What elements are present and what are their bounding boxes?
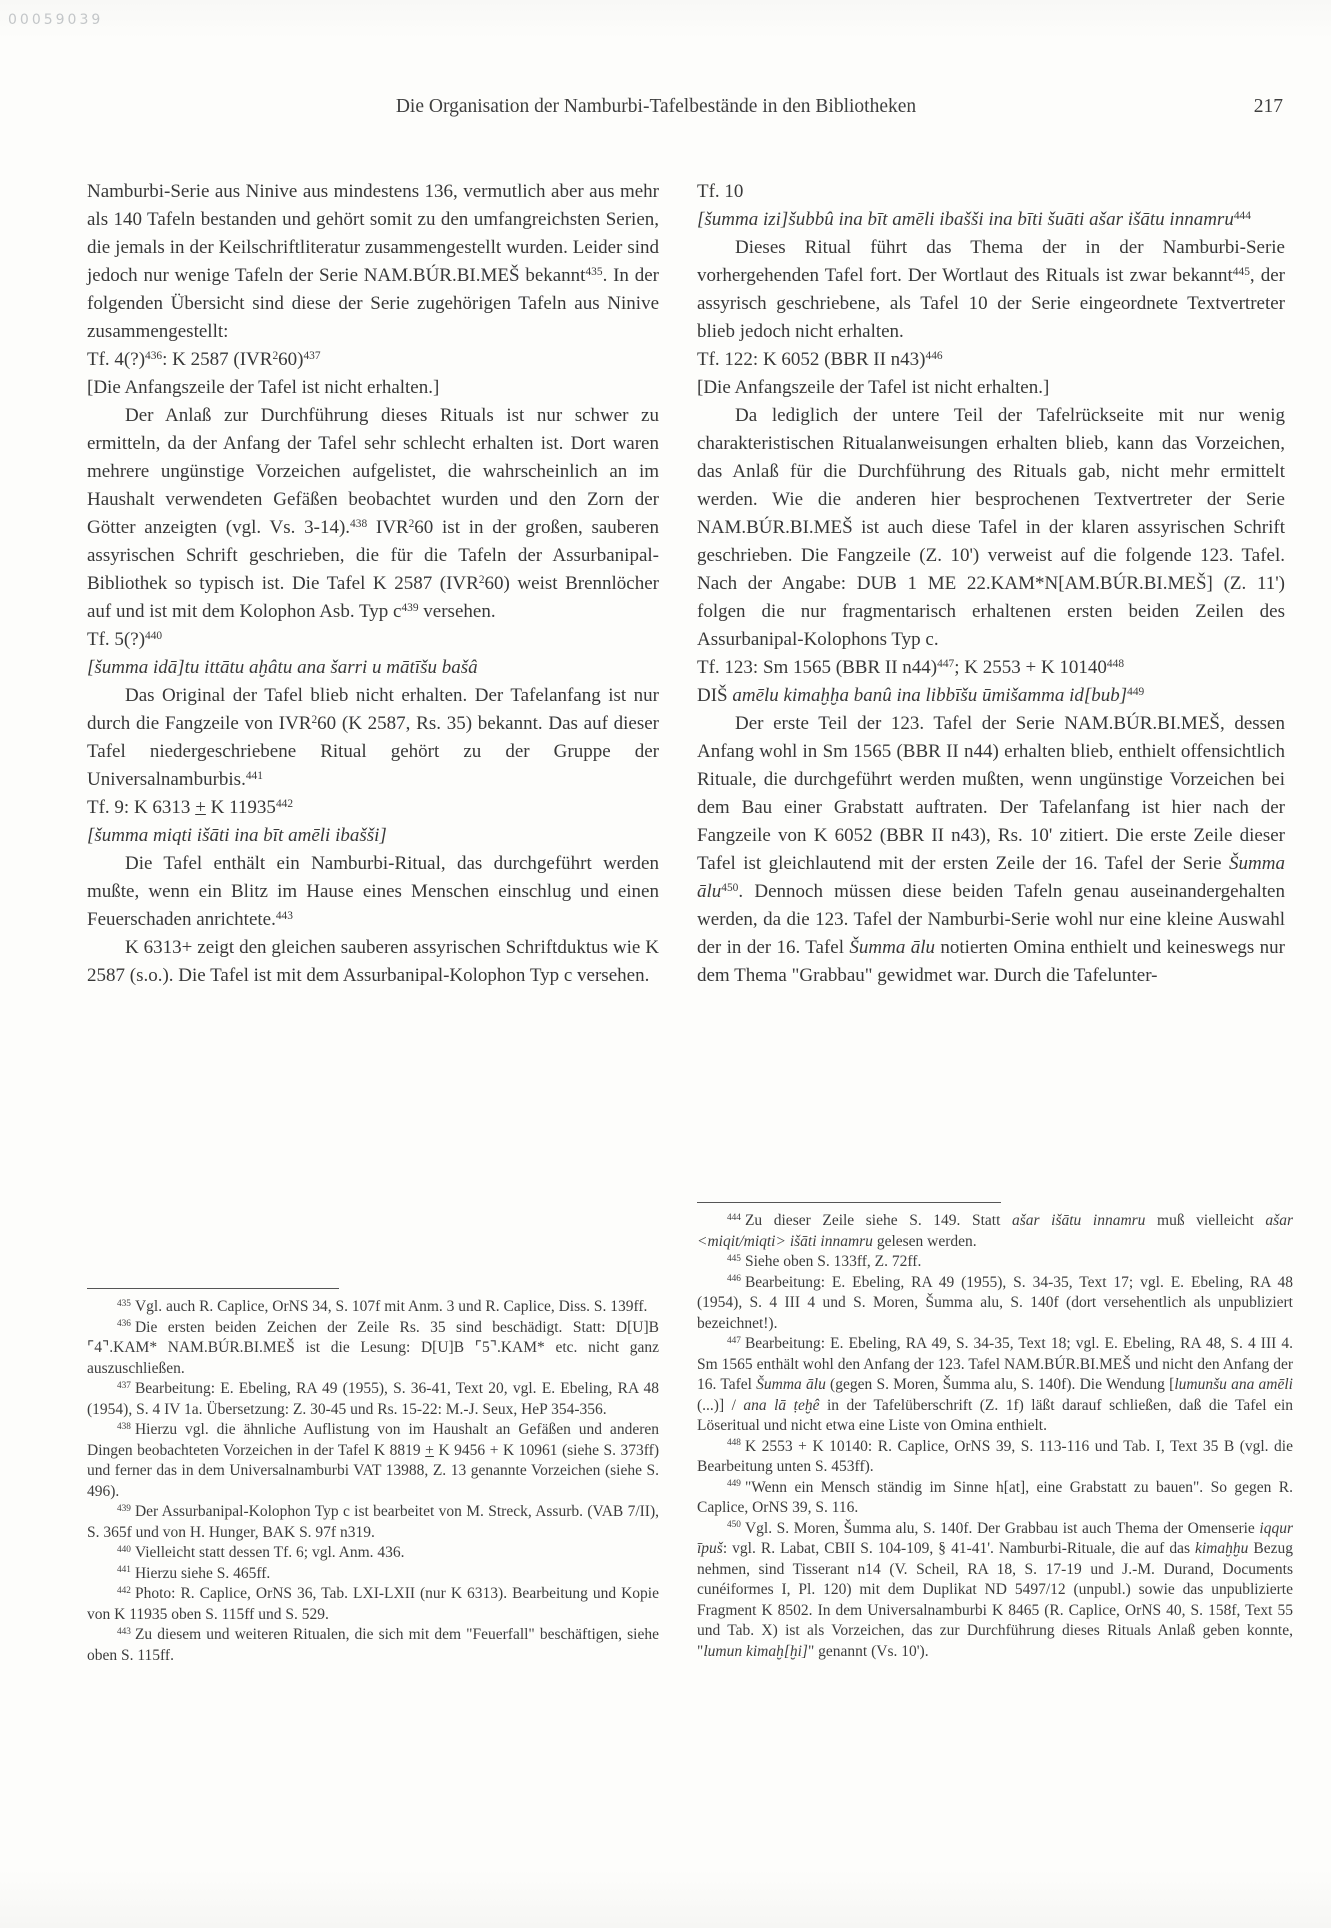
footnote-448: 448K 2553 + K 10140: R. Caplice, OrNS 39… [697,1437,1293,1478]
tablet-entry-heading: Tf. 4(?)436: K 2587 (IVR260)437 [87,346,659,374]
tablet-entry-heading: Tf. 9: K 6313 + K 11935442 [87,794,659,822]
footnote-number: 443 [117,1627,131,1637]
footnote-447: 447Bearbeitung: E. Ebeling, RA 49, S. 34… [697,1334,1293,1437]
tablet-entry-heading: Tf. 122: K 6052 (BBR II n43)446 [697,346,1285,374]
footnote-number: 447 [727,1336,741,1346]
paragraph: K 6313+ zeigt den gleichen sauberen assy… [87,934,659,990]
right-column: Tf. 10[šumma izi]šubbû ina bīt amēli iba… [697,178,1285,990]
running-title: Die Organisation der Namburbi-Tafelbestä… [87,96,1225,118]
left-footnote-block: 435Vgl. auch R. Caplice, OrNS 34, S. 107… [87,1288,659,1666]
footnote-number: 442 [117,1586,131,1596]
paragraph: Der erste Teil der 123. Tafel der Serie … [697,710,1285,990]
footnote-number: 438 [117,1422,131,1432]
right-footnote-block: 444Zu dieser Zeile siehe S. 149. Statt a… [697,1202,1293,1662]
footnote-number: 450 [727,1520,741,1530]
right-footnotes: 444Zu dieser Zeile siehe S. 149. Statt a… [697,1211,1293,1662]
footnote-449: 449"Wenn ein Mensch ständig im Sinne h[a… [697,1478,1293,1519]
footnote-443: 443Zu diesem und weiteren Ritualen, die … [87,1625,659,1666]
footnote-444: 444Zu dieser Zeile siehe S. 149. Statt a… [697,1211,1293,1252]
paragraph: Dieses Ritual führt das Thema der in der… [697,234,1285,346]
footnote-number: 437 [117,1381,131,1391]
tablet-entry-heading: Tf. 10 [697,178,1285,206]
note-line: [Die Anfangszeile der Tafel ist nicht er… [87,374,659,402]
incipit-line: [šumma izi]šubbû ina bīt amēli ibašši in… [697,206,1285,234]
footnote-number: 444 [727,1213,741,1223]
footnote-number: 439 [117,1504,131,1514]
footnote-number: 449 [727,1479,741,1489]
footnote-450: 450Vgl. S. Moren, Šumma alu, S. 140f. De… [697,1519,1293,1663]
footnote-number: 436 [117,1319,131,1329]
incipit-line: [šumma miqti išāti ina bīt amēli ibašši] [87,822,659,850]
tablet-entry-heading: Tf. 123: Sm 1565 (BBR II n44)447; K 2553… [697,654,1285,682]
footnote-number: 445 [727,1254,741,1264]
footnote-435: 435Vgl. auch R. Caplice, OrNS 34, S. 107… [87,1297,659,1318]
left-column: Namburbi-Serie aus Ninive aus mindestens… [87,178,659,990]
paragraph: Namburbi-Serie aus Ninive aus mindestens… [87,178,659,346]
paragraph: Das Original der Tafel blieb nicht erhal… [87,682,659,794]
incipit-line: [šumma idā]tu ittātu aḫâtu ana šarri u m… [87,654,659,682]
footnote-437: 437Bearbeitung: E. Ebeling, RA 49 (1955)… [87,1379,659,1420]
footnote-number: 446 [727,1274,741,1284]
paragraph: Der Anlaß zur Durchführung dieses Ritual… [87,402,659,626]
footnote-rule-left [87,1288,339,1289]
footnote-440: 440Vielleicht statt dessen Tf. 6; vgl. A… [87,1543,659,1564]
footnote-446: 446Bearbeitung: E. Ebeling, RA 49 (1955)… [697,1273,1293,1335]
left-footnotes: 435Vgl. auch R. Caplice, OrNS 34, S. 107… [87,1297,659,1666]
book-page: 00059039 Die Organisation der Namburbi-T… [0,0,1331,1928]
page-header: Die Organisation der Namburbi-Tafelbestä… [87,96,1285,126]
footnote-439: 439Der Assurbanipal-Kolophon Typ c ist b… [87,1502,659,1543]
footnote-number: 440 [117,1545,131,1555]
scan-stamp: 00059039 [8,12,103,28]
footnote-436: 436Die ersten beiden Zeichen der Zeile R… [87,1318,659,1380]
footnote-441: 441Hierzu siehe S. 465ff. [87,1564,659,1585]
footnote-442: 442Photo: R. Caplice, OrNS 36, Tab. LXI-… [87,1584,659,1625]
footnote-number: 435 [117,1299,131,1309]
footnote-number: 441 [117,1565,131,1575]
footnote-number: 448 [727,1438,741,1448]
footnote-438: 438Hierzu vgl. die ähnliche Auflistung v… [87,1420,659,1502]
footnote-rule-right [697,1202,1001,1203]
note-line: [Die Anfangszeile der Tafel ist nicht er… [697,374,1285,402]
tablet-entry-heading: Tf. 5(?)440 [87,626,659,654]
paragraph: Da lediglich der untere Teil der Tafelrü… [697,402,1285,654]
footnote-445: 445Siehe oben S. 133ff, Z. 72ff. [697,1252,1293,1273]
incipit-line: DIŠ amēlu kimaḫḫa banû ina libbīšu ūmiša… [697,682,1285,710]
paragraph: Die Tafel enthält ein Namburbi-Ritual, d… [87,850,659,934]
page-number: 217 [1254,96,1283,118]
